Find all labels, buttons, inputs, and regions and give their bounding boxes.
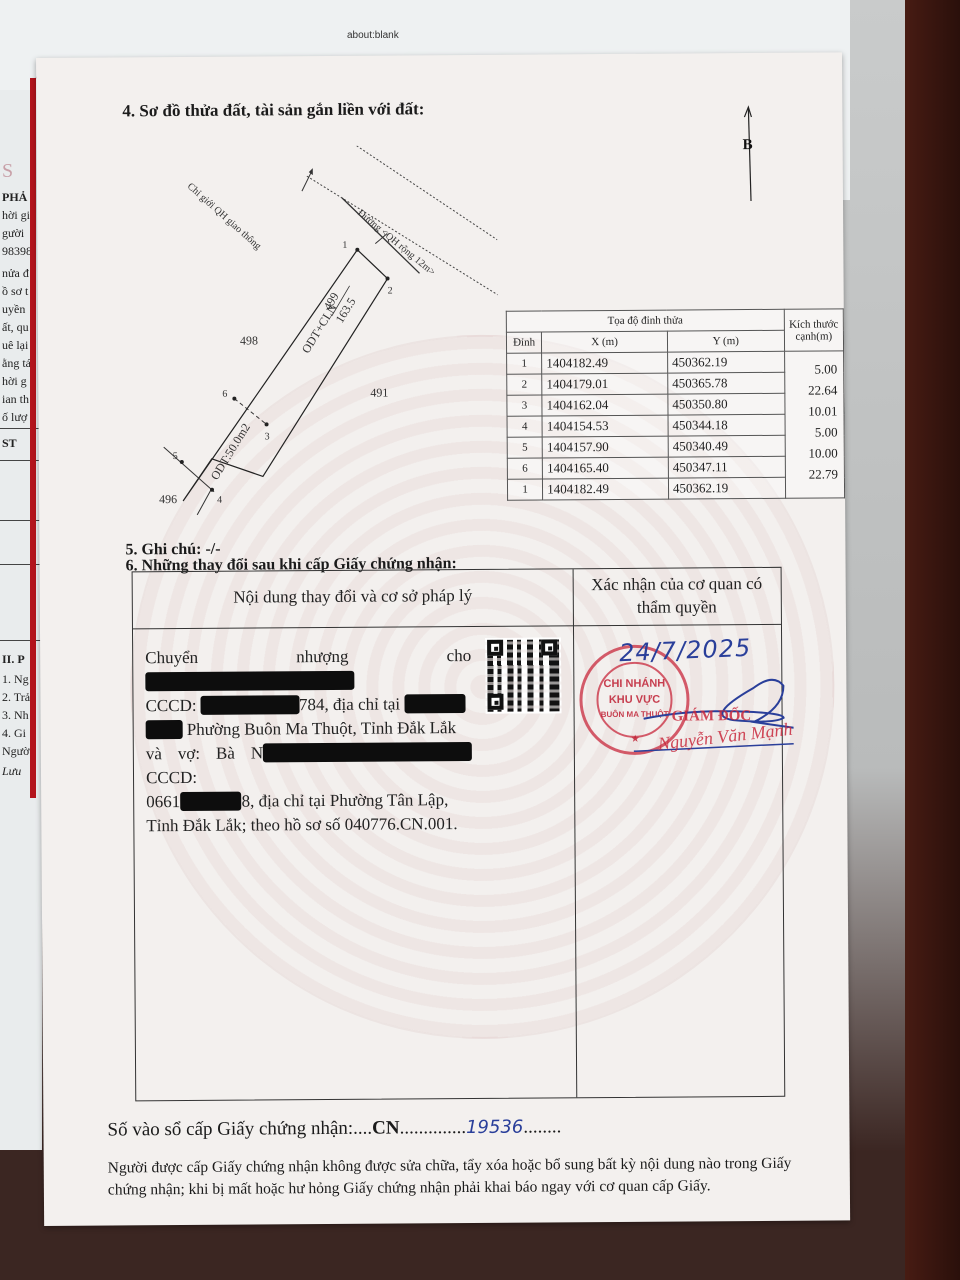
left-sheet-text: hời g [2,374,27,389]
entry-text: Chuyển nhượng cho [145,646,471,667]
coord-y: 450350.80 [668,393,785,415]
qr-finder [487,694,503,710]
neighbor-491: 491 [370,386,388,400]
left-sheet-text: II. P [2,652,25,667]
coord-point: 1 [507,353,542,374]
col-confirm-header: Xác nhận của cơ quan có thẩm quyền [573,572,781,619]
left-sheet-text: gười [2,226,24,241]
redacted-name: XXXXXXXXXXXXXXXXX [145,671,354,691]
left-sheet-text: ằng tá [2,356,31,371]
col-content-header: Nội dung thay đổi và cơ sở pháp lý [133,585,573,608]
dots: .............. [399,1117,466,1138]
red-cover-edge [30,78,36,798]
coord-y: 450365.78 [668,372,785,394]
edge-length: 5.00 [814,361,837,377]
coords-group-header: Tọa độ đỉnh thửa [506,309,784,332]
coord-point: 3 [507,395,542,416]
col-y-header: Y (m) [667,330,784,352]
entry-text: CCCD: [145,696,196,715]
left-sheet-text: S [2,160,13,183]
coord-y: 450362.19 [668,351,785,373]
entry-text: Tỉnh Đắk Lắk; theo hồ sơ số 040776.CN.00… [146,814,457,835]
coord-y: 450344.18 [668,414,785,436]
sub-area-label: ODT:50.0m2 [208,421,253,483]
entry-text: Phường Buôn Ma Thuột, Tỉnh Đắk Lắk [187,718,456,739]
north-label: B [743,137,753,153]
entry-text: và vợ: Bà N [146,743,263,763]
coord-x: 1404165.40 [543,457,669,479]
parcel-map: Chỉ giới QH giao thông Đường <QH rộng 12… [157,145,500,527]
coord-x: 1404154.53 [542,415,668,437]
coord-y: 450347.11 [668,456,785,478]
qr-finder [487,640,503,656]
transfer-entry: Chuyển nhượng cho XXXXXXXXXXXXXXXXX CCCD… [145,644,472,838]
entry-text: 784, địa chỉ tại [299,694,400,714]
registry-label: Số vào sổ cấp Giấy chứng nhận:.... [107,1118,372,1141]
neighbor-498: 498 [240,333,258,347]
coord-x: 1404179.01 [542,373,668,395]
section-4-title: 4. Sơ đồ thửa đất, tài sản gắn liền với … [122,99,424,121]
col-point-header: Đỉnh [506,332,541,353]
coord-x: 1404182.49 [543,478,669,500]
coord-point: 1 [507,479,542,500]
coord-y: 450340.49 [668,435,785,457]
coord-x: 1404182.49 [542,352,668,374]
edge-length: 5.00 [815,424,838,440]
edge-lengths: 5.0022.6410.015.0010.0022.79 [784,351,844,498]
road-label: Đường <QH rộng 12m> [355,208,437,279]
left-sheet-text: ồ sơ t [2,284,28,299]
left-sheet-text: uê lại [2,338,28,353]
col-x-header: X (m) [542,331,668,353]
neighbor-496: 496 [159,492,177,506]
coord-point: 5 [507,437,542,458]
redacted-name: XXXXXXXXXXXXXXXXX [263,742,472,762]
left-sheet-text: 2. Trả [2,690,30,705]
left-sheet-text: ất, qu [2,320,29,335]
coord-point: 4 [507,416,542,437]
vertex-3: 3 [265,431,270,442]
left-sheet-text: 3. Nh [2,708,29,723]
vertex-1: 1 [342,240,347,251]
north-arrow-icon: B [738,103,779,203]
qr-finder [541,639,557,655]
registry-prefix: CN [372,1117,400,1138]
browser-label: about:blank [347,30,399,41]
vertex-4: 4 [217,495,222,506]
entry-text: 0661 [146,792,180,811]
left-sheet-text: ST [2,436,17,451]
left-sheet-text: hời gi [2,208,30,223]
vertex-5: 5 [173,451,178,462]
left-sheet-text: 4. Gi [2,726,26,741]
left-sheet-text: 1. Ng [2,672,29,687]
coord-x: 1404162.04 [542,394,668,416]
left-sheet-text: ian th [2,392,29,407]
handwritten-date: 24/7/2025 [619,634,752,668]
changes-table: Nội dung thay đổi và cơ sở pháp lý Xác n… [132,567,786,1102]
legal-notice: Người được cấp Giấy chứng nhận không đượ… [108,1153,808,1202]
coord-y: 450362.19 [668,477,785,499]
left-sheet-text: 98398 [2,244,32,259]
land-certificate-page: 4. Sơ đồ thửa đất, tài sản gắn liền với … [36,52,850,1226]
entry-text: 8, địa chỉ tại Phường Tân Lập, [242,790,449,810]
signer-title: GIÁM ĐỐC [672,708,752,726]
left-sheet-text: nửa đ [2,266,29,281]
registry-number-line: Số vào sổ cấp Giấy chứng nhận:....CN....… [107,1116,561,1141]
edge-length: 22.64 [808,382,837,398]
redacted-id: XXXXXXXX [201,695,299,715]
redacted-address: XXXXX [404,694,466,713]
coord-point: 2 [507,374,542,395]
coord-point: 6 [507,458,542,479]
redacted-id: XXXXX [180,792,242,811]
vertex-6: 6 [222,389,227,400]
edge-length: 10.00 [808,445,837,461]
planning-boundary-label: Chỉ giới QH giao thông [185,181,263,252]
left-sheet-text: uyền [2,302,25,317]
registry-number: 19536 [466,1117,523,1138]
left-sheet-text: Lưu [2,764,21,779]
left-sheet-text: Ngườ [2,744,30,759]
coord-row: 11404182.49450362.195.0022.6410.015.0010… [507,351,844,374]
edge-length-header: Kích thước cạnh(m) [784,309,844,351]
vertex-2: 2 [388,286,393,297]
left-sheet-text: ố lượ [2,410,27,425]
edge-length: 22.79 [809,466,838,482]
entry-text: CCCD: [146,768,197,787]
column-divider [573,569,578,1097]
left-sheet-text: PHẢ [2,190,27,205]
redacted-address: XXX [146,720,183,739]
vertex-coordinates-table: Tọa độ đỉnh thửa Kích thước cạnh(m) Đỉnh… [506,308,845,500]
coord-x: 1404157.90 [542,436,668,458]
edge-length: 10.01 [808,403,837,419]
dots: ........ [523,1116,561,1137]
